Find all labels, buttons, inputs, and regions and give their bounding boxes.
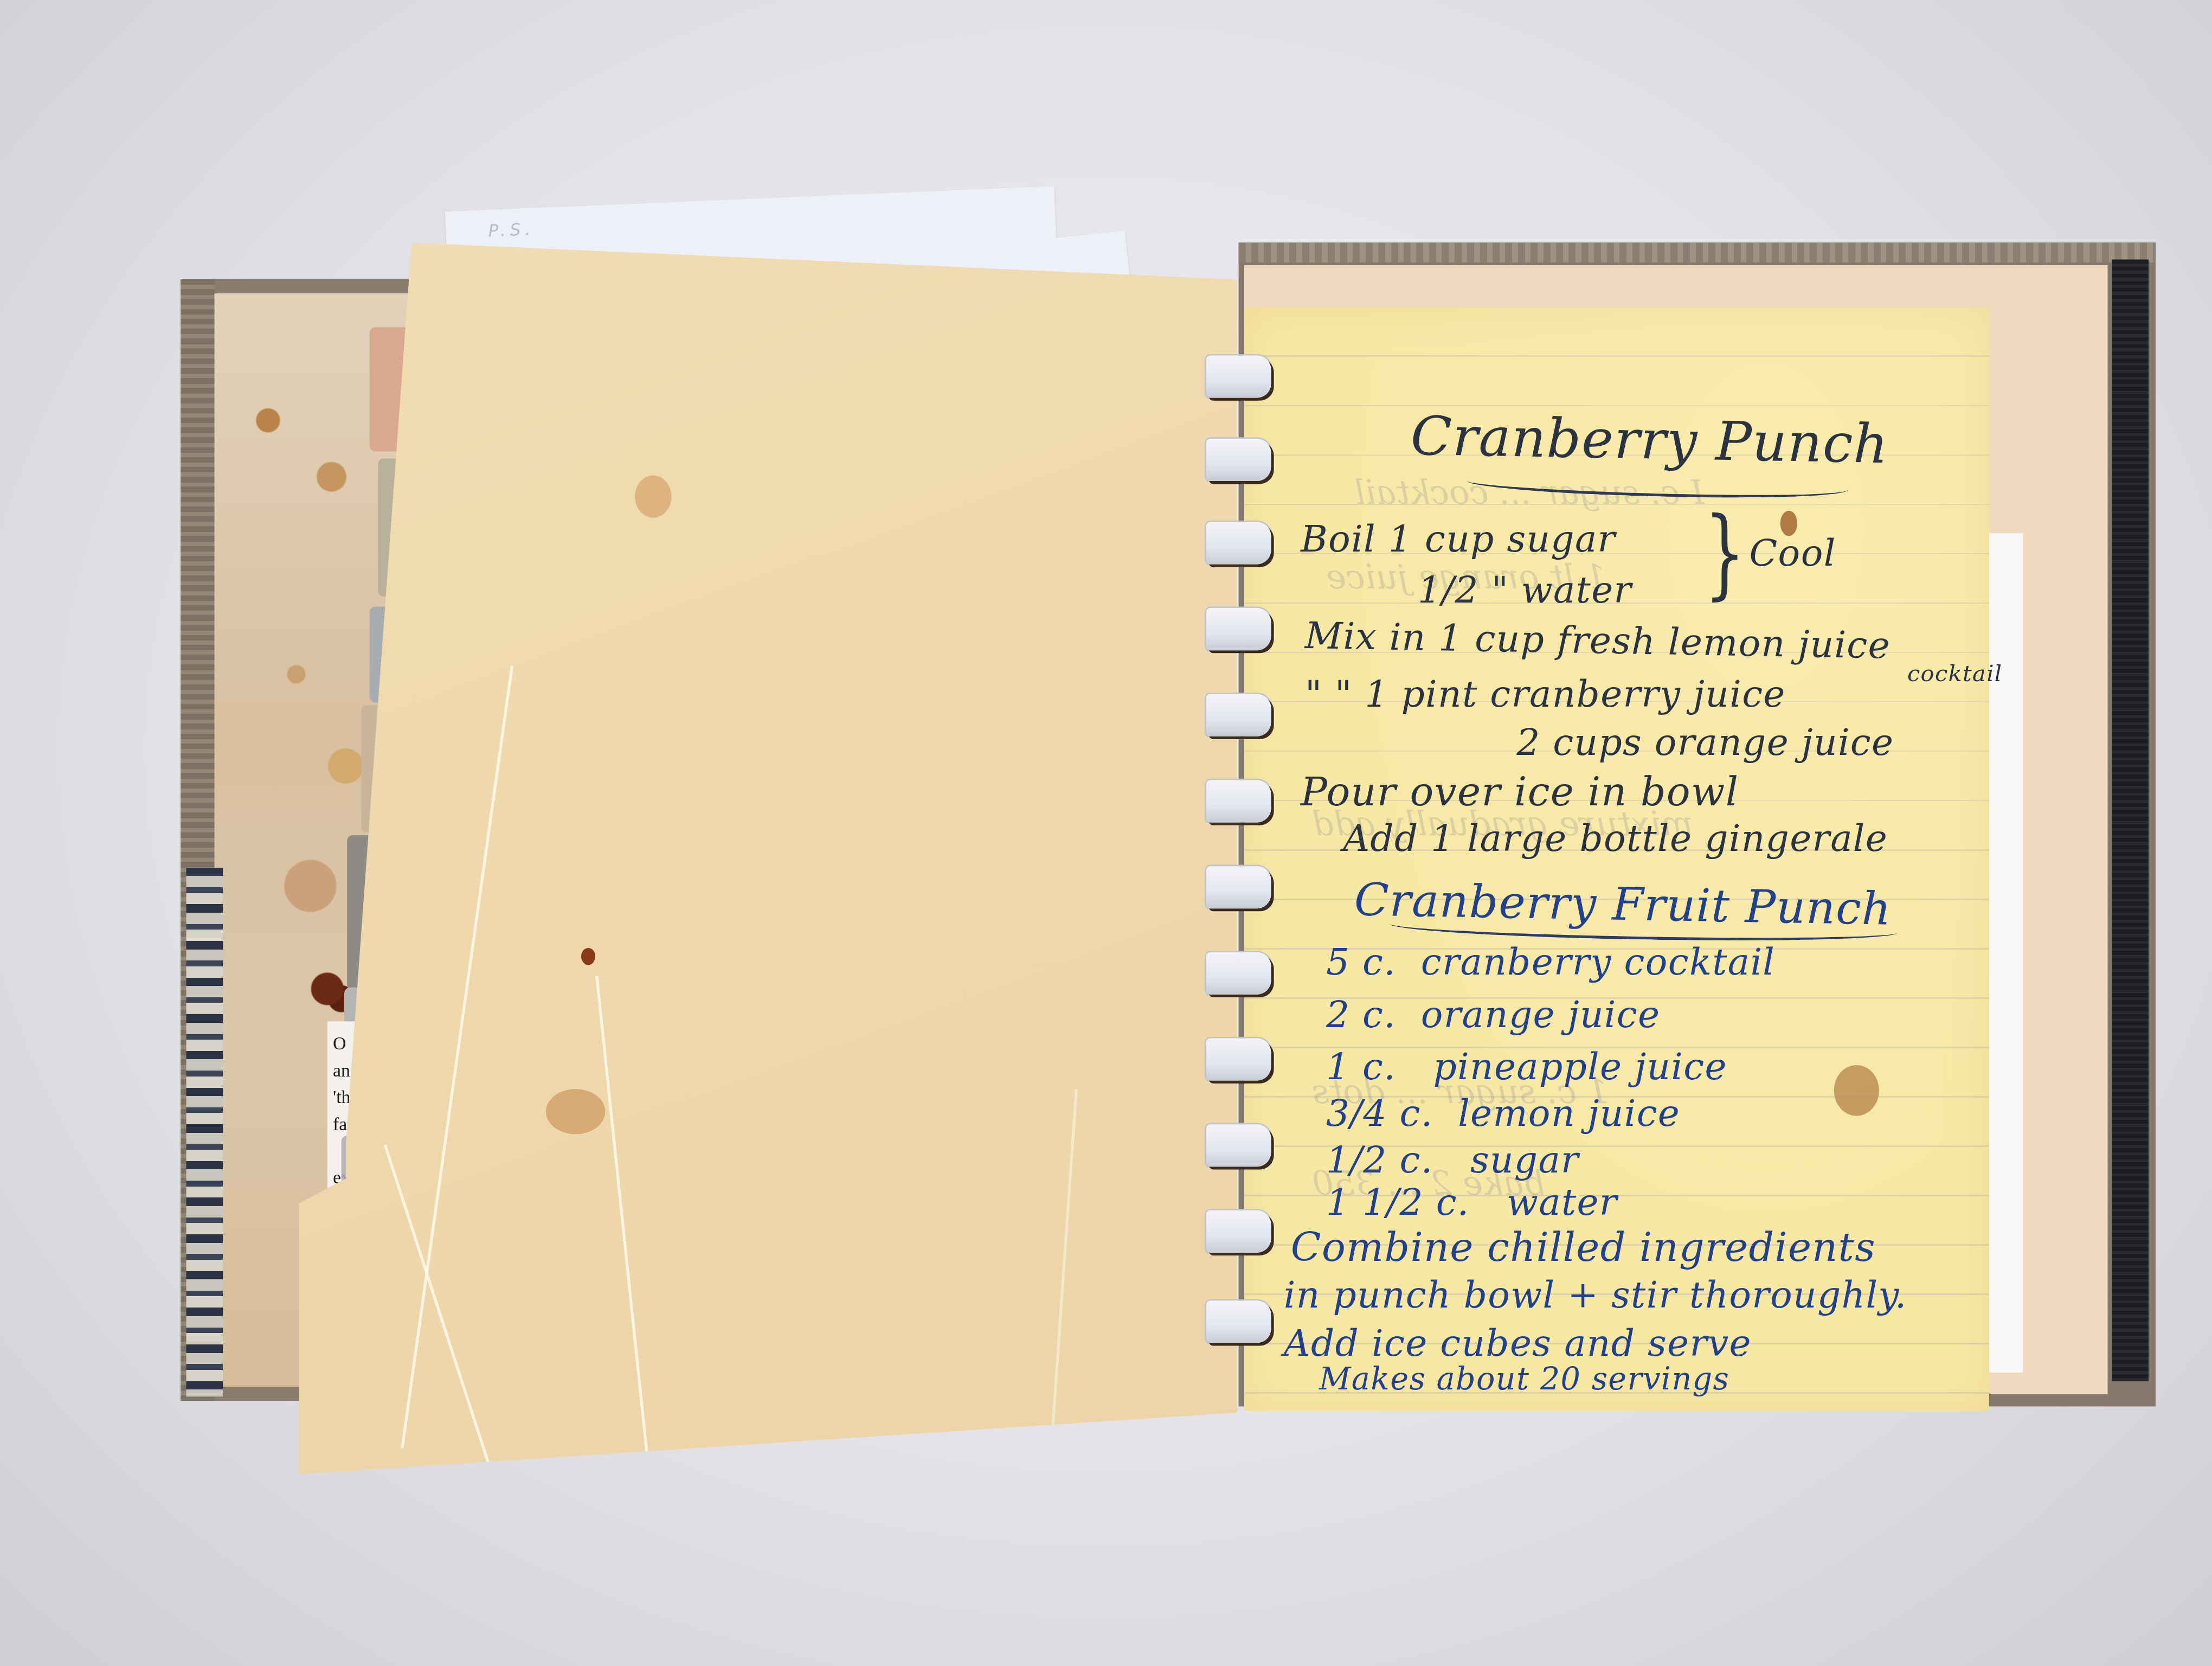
paper-crease bbox=[1050, 1089, 1078, 1455]
ingredient-qty: 1 1/2 c. bbox=[1326, 1182, 1470, 1225]
white-backing-sheet bbox=[1989, 533, 2023, 1373]
binding-ring bbox=[1206, 439, 1271, 481]
binding-ring bbox=[1206, 1210, 1271, 1253]
binding-ring bbox=[1206, 694, 1271, 736]
binding-ring bbox=[1206, 1124, 1271, 1167]
binding-ring bbox=[1206, 952, 1271, 995]
black-cloth-edge bbox=[2112, 260, 2149, 1381]
binding-ring bbox=[1206, 522, 1271, 564]
ingredient-qty: 5 c. bbox=[1326, 943, 1396, 985]
binding-ring bbox=[1206, 355, 1271, 398]
ingredient-item: water bbox=[1507, 1182, 1617, 1225]
recipe-1-line: " " 1 pint cranberry juice bbox=[1305, 674, 1786, 716]
recipe-1-line: Pour over ice in bowl bbox=[1301, 769, 1739, 816]
direction-line: Makes about 20 servings bbox=[1319, 1363, 1729, 1398]
ingredient-item: orange juice bbox=[1421, 995, 1661, 1037]
loose-paper-faint-text: P.S. bbox=[488, 219, 535, 241]
direction-line: in punch bowl + stir thoroughly. bbox=[1284, 1275, 1907, 1317]
binding-ring bbox=[1206, 1038, 1271, 1080]
divider-page-back[interactable] bbox=[299, 242, 1237, 1474]
ingredient-qty: 1/2 c. bbox=[1326, 1140, 1433, 1182]
binding-ring bbox=[1206, 866, 1271, 908]
ingredient-row: 1/2 c. sugar bbox=[1326, 1140, 1579, 1182]
ingredient-item: sugar bbox=[1470, 1140, 1579, 1182]
stain bbox=[1780, 511, 1797, 536]
stain bbox=[581, 948, 595, 965]
recipe-1-line: Add 1 large bottle gingerale bbox=[1343, 818, 1888, 861]
paper-crease bbox=[595, 976, 648, 1453]
ingredient-item: lemon juice bbox=[1458, 1093, 1680, 1136]
ingredient-item: cranberry cocktail bbox=[1421, 943, 1776, 985]
brace: } bbox=[1704, 496, 1746, 610]
ingredient-row: 3/4 c. lemon juice bbox=[1326, 1093, 1680, 1136]
recipe-1-line: 2 cups orange juice bbox=[1516, 722, 1894, 765]
ingredient-qty: 1 c. bbox=[1326, 1047, 1396, 1089]
recipe-1-margin-note: cocktail bbox=[1907, 660, 2003, 687]
ingredient-qty: 3/4 c. bbox=[1326, 1093, 1433, 1136]
ingredient-item: pineapple juice bbox=[1433, 1047, 1727, 1089]
ingredient-row: 5 c. cranberry cocktail bbox=[1326, 943, 1775, 985]
stain bbox=[635, 476, 672, 518]
paper-crease bbox=[401, 666, 513, 1449]
stain bbox=[546, 1089, 605, 1134]
binding-ring bbox=[1206, 608, 1271, 650]
recipe-1-title: Cranberry Punch bbox=[1410, 405, 1889, 476]
direction-line: Add ice cubes and serve bbox=[1284, 1323, 1752, 1366]
recipe-1-line: Boil 1 cup sugar bbox=[1301, 519, 1616, 561]
recipe-1-line: 1/2 " water bbox=[1418, 570, 1632, 612]
ingredient-row: 2 c. orange juice bbox=[1326, 995, 1660, 1037]
recipe-1-brace-note: Cool bbox=[1750, 533, 1836, 575]
stain bbox=[1834, 1065, 1879, 1116]
photo-scene: P.S. O an 'th fats. O exer I c. sugar ..… bbox=[0, 0, 2212, 1666]
ingredient-row: 1 1/2 c. water bbox=[1326, 1182, 1618, 1225]
direction-line: Combine chilled ingredients bbox=[1291, 1225, 1876, 1271]
ingredient-qty: 2 c. bbox=[1326, 995, 1396, 1037]
marbled-cover-strip bbox=[186, 868, 223, 1396]
ingredient-row: 1 c. pineapple juice bbox=[1326, 1047, 1727, 1089]
right-cover-top-edge bbox=[1239, 242, 2156, 262]
binding-ring bbox=[1206, 780, 1271, 822]
binding-ring bbox=[1206, 1300, 1271, 1343]
